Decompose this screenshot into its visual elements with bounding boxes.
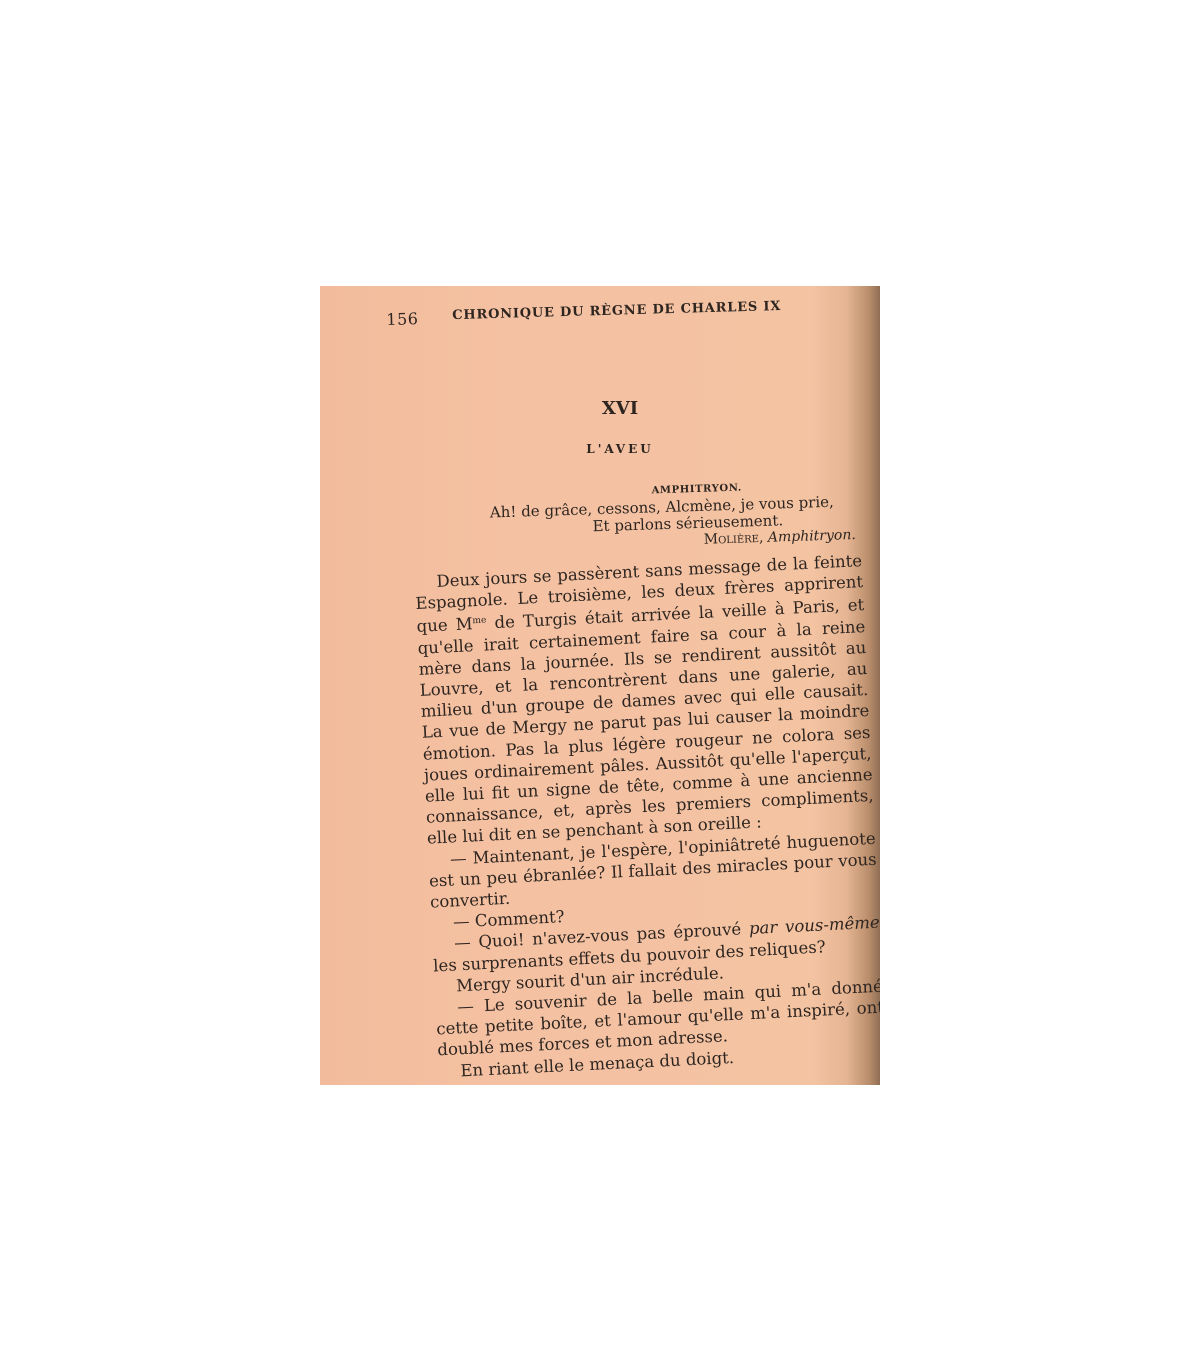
body-text: Deux jours se passèrent sans message de … [414,550,880,1082]
paragraph-4-emphasis: par vous-même [749,913,880,938]
superscript-me: me [472,616,486,627]
running-title: CHRONIQUE DU RÈGNE DE CHARLES IX [452,299,781,323]
epigraph-work: Amphitryon. [768,527,856,546]
epigraph: AMPHITRYON. Ah! de grâce, cessons, Alcmè… [489,476,856,555]
page-number: 156 [386,309,419,329]
epigraph-author: Molière, [703,530,763,548]
paragraph-1-part-b: de Turgis était arrivée la veille à Pari… [417,595,874,848]
chapter-title: L'AVEU [320,442,880,456]
paragraph-1: Deux jours se passèrent sans message de … [414,550,875,849]
book-page: 156 CHRONIQUE DU RÈGNE DE CHARLES IX XVI… [320,286,880,1085]
running-head: 156 CHRONIQUE DU RÈGNE DE CHARLES IX [386,295,786,306]
chapter-number: XVI [320,398,880,419]
